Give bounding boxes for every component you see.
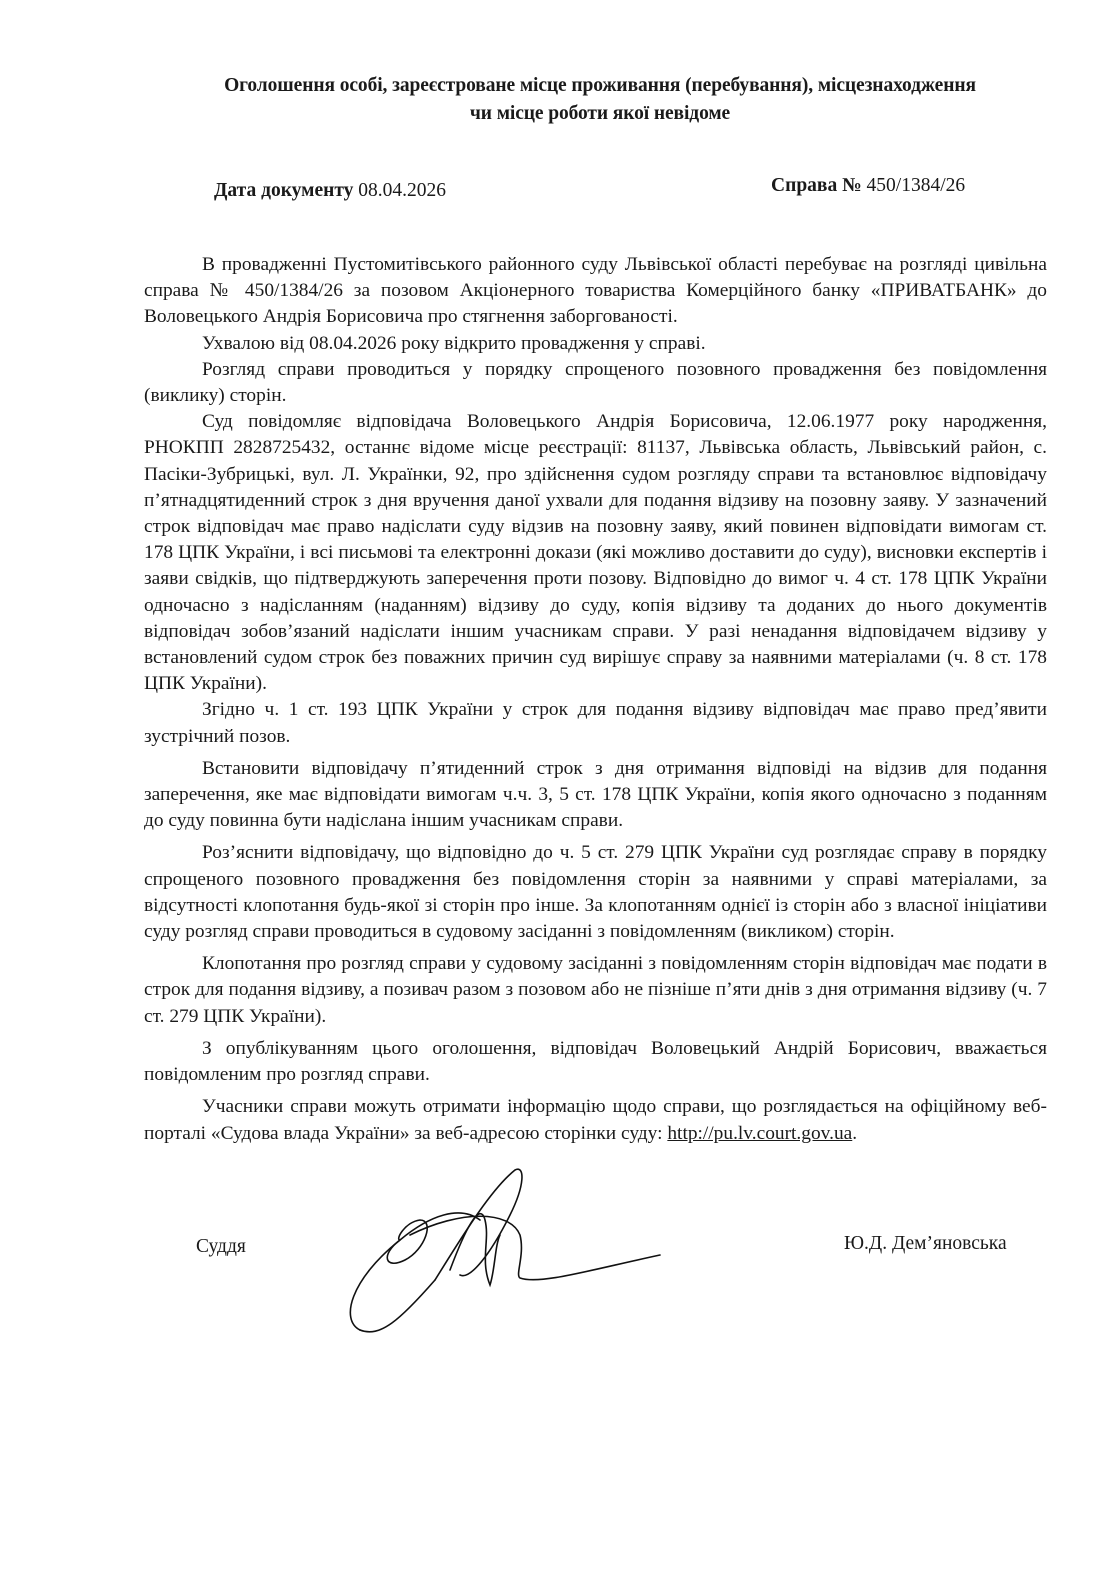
- document-date: Дата документу 08.04.2026: [214, 180, 446, 202]
- paragraph: Згідно ч. 1 ст. 193 ЦПК України у строк …: [144, 697, 1047, 749]
- document-body: В провадженні Пустомитівського районного…: [144, 252, 1047, 1147]
- paragraph-text: Учасники справи можуть отримати інформац…: [144, 1096, 1047, 1143]
- paragraph: В провадженні Пустомитівського районного…: [144, 252, 1047, 331]
- handwritten-signature-icon: [340, 1160, 680, 1340]
- date-value: 08.04.2026: [358, 180, 446, 201]
- document-page: Оголошення особі, зареєстроване місце пр…: [0, 0, 1114, 1580]
- signature-role: Суддя: [196, 1236, 246, 1258]
- title-line-2: чи місце роботи якої невідоме: [150, 100, 1050, 128]
- paragraph-court-website: Учасники справи можуть отримати інформац…: [144, 1094, 1047, 1146]
- date-label: Дата документу: [214, 180, 353, 201]
- paragraph: Ухвалою від 08.04.2026 року відкрито про…: [144, 331, 1047, 357]
- paragraph: Роз’яснити відповідачу, що відповідно до…: [144, 840, 1047, 945]
- case-label: Справа №: [771, 175, 862, 196]
- case-value: 450/1384/26: [867, 175, 966, 196]
- paragraph: Клопотання про розгляд справи у судовому…: [144, 951, 1047, 1030]
- judge-name: Ю.Д. Дем’яновська: [844, 1233, 1007, 1255]
- title-line-1: Оголошення особі, зареєстроване місце пр…: [150, 72, 1050, 100]
- paragraph: Суд повідомляє відповідача Воловецького …: [144, 409, 1047, 697]
- paragraph-end: .: [852, 1123, 857, 1144]
- court-website-link[interactable]: http://pu.lv.court.gov.ua: [667, 1123, 852, 1144]
- paragraph: З опублікуванням цього оголошення, відпо…: [144, 1036, 1047, 1088]
- case-number: Справа № 450/1384/26: [771, 175, 965, 197]
- paragraph: Розгляд справи проводиться у порядку спр…: [144, 357, 1047, 409]
- document-title: Оголошення особі, зареєстроване місце пр…: [150, 72, 1050, 128]
- paragraph: Встановити відповідачу п’ятиденний строк…: [144, 756, 1047, 835]
